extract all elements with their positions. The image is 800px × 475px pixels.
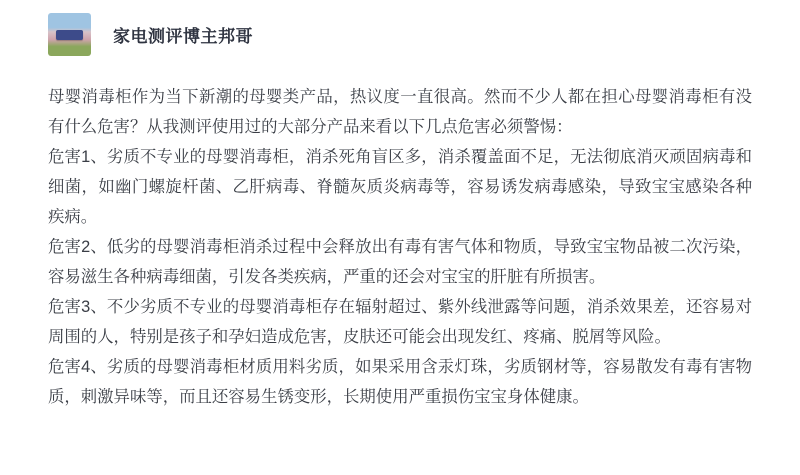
article-paragraph-hazard-1: 危害1、劣质不专业的母婴消毒柜，消杀死角盲区多，消杀覆盖面不足，无法彻底消灭顽固… <box>48 142 752 232</box>
article-paragraph-hazard-3: 危害3、不少劣质不专业的母婴消毒柜存在辐射超过、紫外线泄露等问题，消杀效果差，还… <box>48 292 752 352</box>
article-paragraph-hazard-2: 危害2、低劣的母婴消毒柜消杀过程中会释放出有毒有害气体和物质，导致宝宝物品被二次… <box>48 232 752 292</box>
article-body: 母婴消毒柜作为当下新潮的母婴类产品，热议度一直很高。然而不少人都在担心母婴消毒柜… <box>48 82 752 412</box>
author-name[interactable]: 家电测评博主邦哥 <box>113 22 253 47</box>
avatar-bus-graphic <box>56 30 84 39</box>
article-paragraph-intro: 母婴消毒柜作为当下新潮的母婴类产品，热议度一直很高。然而不少人都在担心母婴消毒柜… <box>48 82 752 142</box>
author-avatar[interactable] <box>48 13 91 56</box>
author-header[interactable]: 家电测评博主邦哥 <box>48 13 752 56</box>
article-paragraph-hazard-4: 危害4、劣质的母婴消毒柜材质用料劣质，如果采用含汞灯珠，劣质钢材等，容易散发有毒… <box>48 352 752 412</box>
article-post: 家电测评博主邦哥 母婴消毒柜作为当下新潮的母婴类产品，热议度一直很高。然而不少人… <box>0 0 800 475</box>
